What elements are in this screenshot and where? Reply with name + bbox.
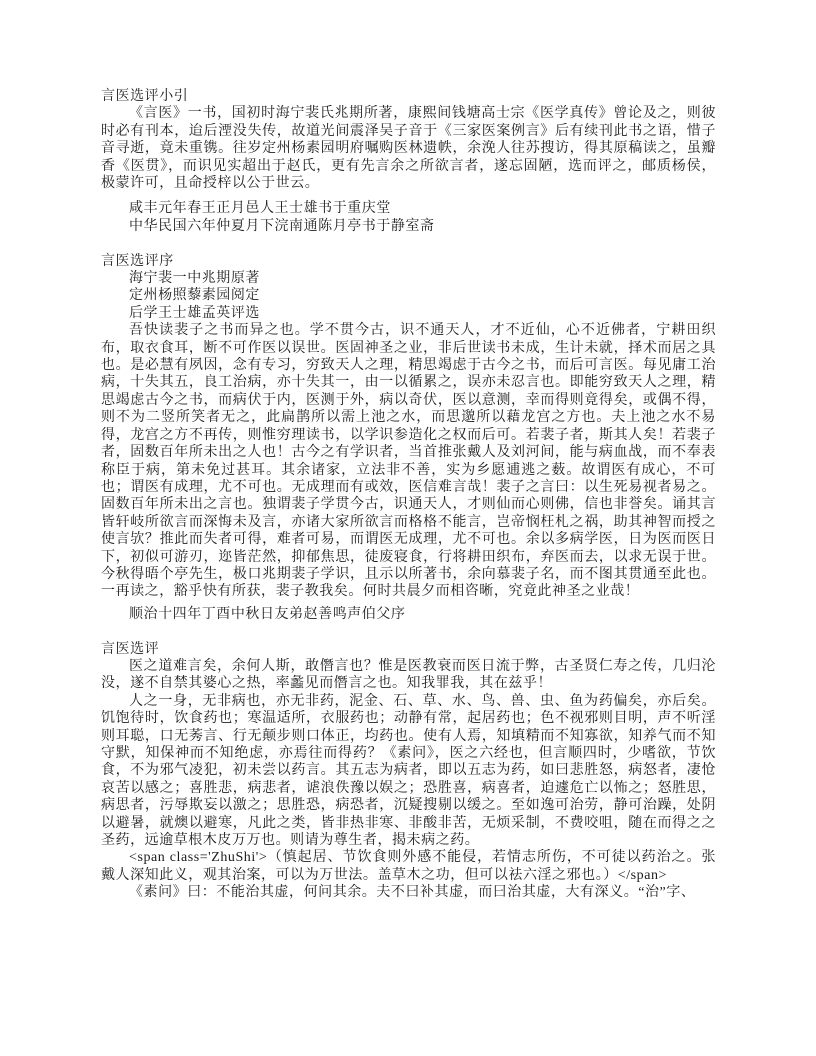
byline-line: 后学王士雄孟英评选 bbox=[101, 305, 716, 322]
section-heading: 言医选评 bbox=[101, 641, 716, 658]
paragraph: 《素问》曰：不能治其虚，何问其余。夫不曰补其虚，而曰治其虚，大有深义。“治”字、 bbox=[101, 884, 716, 901]
paragraph: 人之一身，无非病也，亦无非药，泥金、石、草、水、鸟、兽、虫、鱼为药偏矣，亦后矣。… bbox=[101, 693, 716, 850]
section-xuanping: 言医选评 医之道难言矣，余何人斯，敢僭言也？惟是医教衰而医日流于弊，古圣贤仁寿之… bbox=[101, 641, 716, 902]
byline-line: 定州杨照藜素园阅定 bbox=[101, 287, 716, 304]
paragraph: 《言医》一书，国初时海宁裴氏兆期所著，康熙间钱塘高士宗《医学真传》曾论及之，则彼… bbox=[101, 105, 716, 192]
paragraph: 医之道难言矣，余何人斯，敢僭言也？惟是医教衰而医日流于弊，古圣贤仁寿之传，几归沦… bbox=[101, 658, 716, 693]
signature-line: 咸丰元年春王正月邑人王士雄书于重庆堂 bbox=[101, 200, 716, 217]
paragraph: 吾快读裴子之书而异之也。学不贯今古，识不通天人，才不近仙，心不近佛者，宁耕田织布… bbox=[101, 322, 716, 601]
paragraph-annotation: <span class='ZhuShi'>（慎起居、节饮食则外感不能侵，若情志所… bbox=[101, 849, 716, 884]
section-heading: 言医选评小引 bbox=[101, 88, 716, 105]
section-heading: 言医选评序 bbox=[101, 253, 716, 270]
signature-block: 咸丰元年春王正月邑人王士雄书于重庆堂 中华民国六年仲夏月下浣南通陈月亭书于静室斋 bbox=[101, 200, 716, 235]
byline-line: 海宁裴一中兆期原著 bbox=[101, 270, 716, 287]
section-xu: 言医选评序 海宁裴一中兆期原著 定州杨照藜素园阅定 后学王士雄孟英评选 吾快读裴… bbox=[101, 253, 716, 624]
signature-block: 顺治十四年丁酉中秋日友弟赵善鸣声伯父序 bbox=[101, 606, 716, 623]
signature-line: 顺治十四年丁酉中秋日友弟赵善鸣声伯父序 bbox=[101, 606, 716, 623]
document-page: 言医选评小引 《言医》一书，国初时海宁裴氏兆期所著，康熙间钱塘高士宗《医学真传》… bbox=[0, 0, 816, 1056]
section-xiaoyin: 言医选评小引 《言医》一书，国初时海宁裴氏兆期所著，康熙间钱塘高士宗《医学真传》… bbox=[101, 88, 716, 235]
signature-line: 中华民国六年仲夏月下浣南通陈月亭书于静室斋 bbox=[101, 218, 716, 235]
